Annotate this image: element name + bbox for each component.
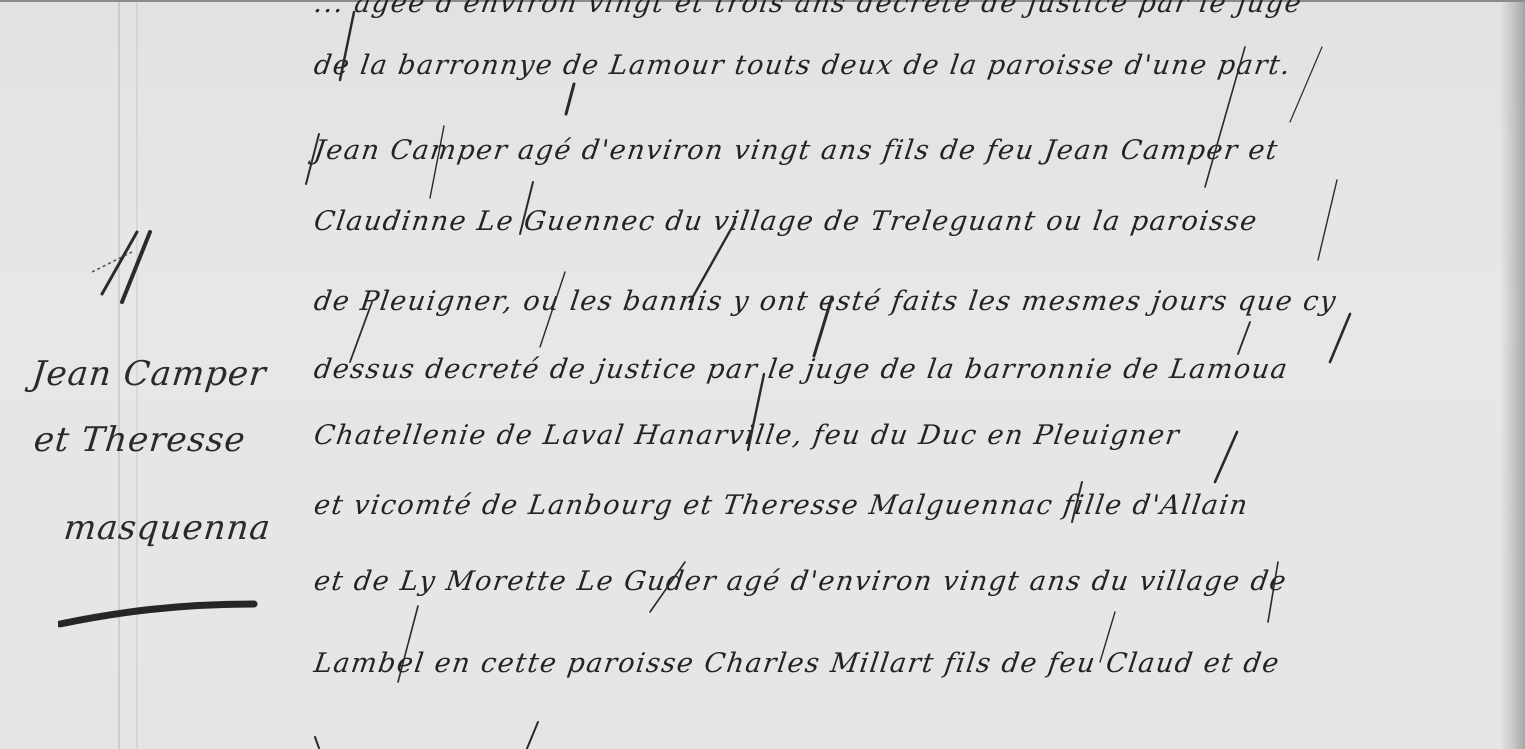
- quill-descender-strokes-icon: [0, 2, 1525, 749]
- manuscript-page: Jean Camper et Theresse masquenna ... ag…: [0, 0, 1525, 749]
